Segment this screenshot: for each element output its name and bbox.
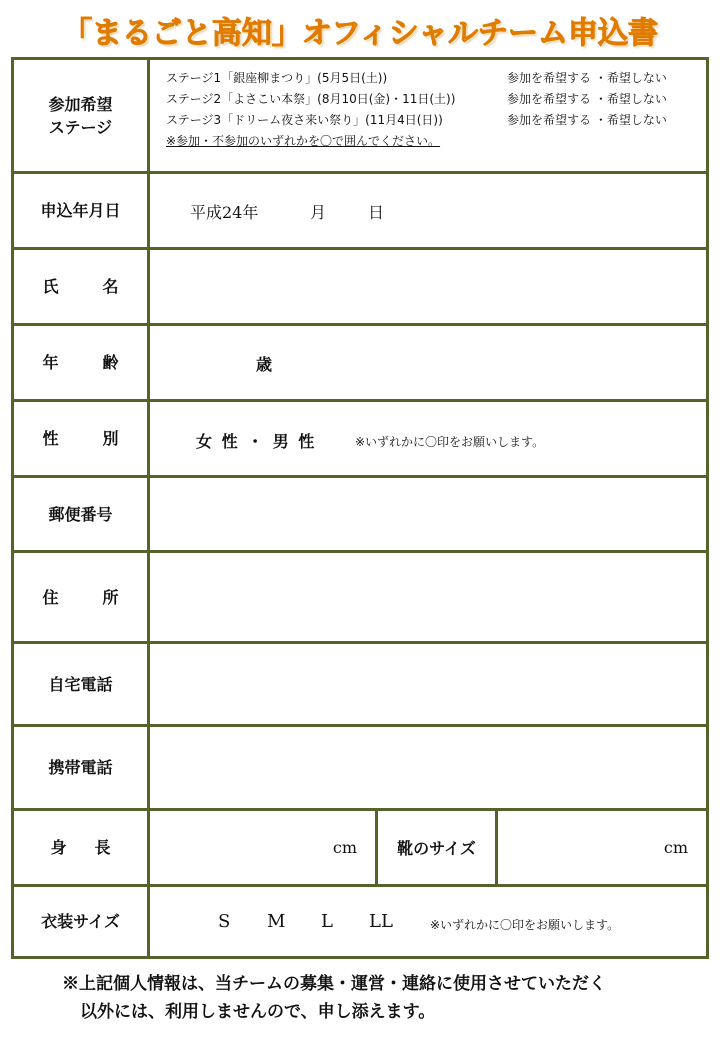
month-unit: 月: [310, 200, 326, 223]
stage-choice-1[interactable]: 参加を希望する ・希望しない: [507, 68, 667, 89]
size-option-s[interactable]: S: [218, 911, 230, 932]
label-char: 住: [43, 586, 59, 609]
stage-item-1: ステージ1「銀座柳まつり」(5月5日(土)) 参加を希望する ・希望しない: [166, 68, 696, 89]
label-char: 氏: [43, 275, 59, 298]
stage-label-line1: 参加希望: [48, 93, 112, 116]
label-char: 齢: [102, 351, 118, 374]
row-gender: 性別 女 性 ・ 男 性 ※いずれかに〇印をお願いします。: [14, 402, 706, 478]
row-address: 住所: [14, 553, 706, 644]
gender-field[interactable]: 女 性 ・ 男 性 ※いずれかに〇印をお願いします。: [150, 402, 706, 475]
application-date-label: 申込年月日: [14, 174, 150, 247]
size-option-ll[interactable]: LL: [369, 911, 393, 932]
row-name: 氏名: [14, 250, 706, 326]
row-mobile-phone: 携帯電話: [14, 727, 706, 811]
postal-code-field[interactable]: [150, 478, 706, 550]
height-field[interactable]: cm: [150, 811, 375, 884]
home-phone-label: 自宅電話: [14, 644, 150, 724]
shoe-size-unit: cm: [664, 838, 688, 857]
name-field[interactable]: [150, 250, 706, 323]
size-option-m[interactable]: M: [267, 911, 285, 932]
gender-note: ※いずれかに〇印をお願いします。: [355, 433, 544, 450]
row-application-date: 申込年月日 平成24年 月 日: [14, 174, 706, 250]
home-phone-field[interactable]: [150, 644, 706, 724]
mobile-phone-field[interactable]: [150, 727, 706, 808]
stage-item-name: ステージ1「銀座柳まつり」(5月5日(土)): [166, 68, 387, 89]
privacy-notice-line1: ※上記個人情報は、当チームの募集・運営・連絡に使用させていただく: [62, 970, 606, 998]
day-unit: 日: [368, 200, 384, 223]
age-unit: 歳: [256, 352, 272, 375]
privacy-notice-line2: 以外には、利用しませんので、申し添えます。: [62, 998, 606, 1026]
row-height-shoe: 身長 cm 靴のサイズ cm: [14, 811, 706, 887]
row-stage: 参加希望 ステージ ステージ1「銀座柳まつり」(5月5日(土)) 参加を希望する…: [14, 60, 706, 174]
label-char: 身: [51, 836, 67, 859]
stage-label: 参加希望 ステージ: [14, 60, 150, 171]
address-label: 住所: [14, 553, 150, 641]
privacy-notice: ※上記個人情報は、当チームの募集・運営・連絡に使用させていただく 以外には、利用…: [62, 970, 606, 1026]
era-year: 平成24年: [190, 200, 258, 223]
row-costume-size: 衣装サイズ S M L LL ※いずれかに〇印をお願いします。: [14, 887, 706, 956]
stage-item-name: ステージ2「よさこい本祭」(8月10日(金)・11日(土)): [166, 89, 455, 110]
label-char: 年: [43, 351, 59, 374]
row-age: 年齢 歳: [14, 326, 706, 402]
address-field[interactable]: [150, 553, 706, 641]
mobile-phone-label: 携帯電話: [14, 727, 150, 808]
label-char: 別: [102, 427, 118, 450]
height-unit: cm: [333, 838, 357, 857]
application-date-field[interactable]: 平成24年 月 日: [150, 174, 706, 247]
shoe-size-label: 靴のサイズ: [378, 811, 495, 884]
application-form: 参加希望 ステージ ステージ1「銀座柳まつり」(5月5日(土)) 参加を希望する…: [11, 57, 709, 959]
stage-item-name: ステージ3「ドリーム夜さ来い祭り」(11月4日(日)): [166, 110, 443, 131]
stage-item-3: ステージ3「ドリーム夜さ来い祭り」(11月4日(日)) 参加を希望する ・希望し…: [166, 110, 696, 131]
stage-label-line2: ステージ: [48, 116, 112, 139]
costume-size-note: ※いずれかに〇印をお願いします。: [430, 916, 619, 933]
height-label: 身長: [14, 811, 150, 884]
gender-options[interactable]: 女 性 ・ 男 性: [196, 429, 314, 452]
label-char: 所: [102, 586, 118, 609]
row-home-phone: 自宅電話: [14, 644, 706, 727]
label-char: 性: [43, 427, 59, 450]
costume-size-field[interactable]: S M L LL ※いずれかに〇印をお願いします。: [150, 887, 706, 956]
label-char: 長: [94, 836, 110, 859]
age-label: 年齢: [14, 326, 150, 399]
label-char: 名: [102, 275, 118, 298]
name-label: 氏名: [14, 250, 150, 323]
gender-label: 性別: [14, 402, 150, 475]
age-field[interactable]: 歳: [150, 326, 706, 399]
postal-code-label: 郵便番号: [14, 478, 150, 550]
stage-note: ※参加・不参加のいずれかを〇で囲んでください。: [166, 131, 696, 152]
stage-value: ステージ1「銀座柳まつり」(5月5日(土)) 参加を希望する ・希望しない ステ…: [150, 60, 706, 171]
row-postal-code: 郵便番号: [14, 478, 706, 553]
size-option-l[interactable]: L: [321, 911, 333, 932]
shoe-size-field[interactable]: cm: [498, 811, 706, 884]
stage-item-2: ステージ2「よさこい本祭」(8月10日(金)・11日(土)) 参加を希望する ・…: [166, 89, 696, 110]
stage-choice-2[interactable]: 参加を希望する ・希望しない: [507, 89, 667, 110]
costume-size-label: 衣装サイズ: [14, 887, 150, 956]
stage-choice-3[interactable]: 参加を希望する ・希望しない: [507, 110, 667, 131]
form-title: 「まるごと高知」オフィシャルチーム申込書: [0, 8, 720, 52]
